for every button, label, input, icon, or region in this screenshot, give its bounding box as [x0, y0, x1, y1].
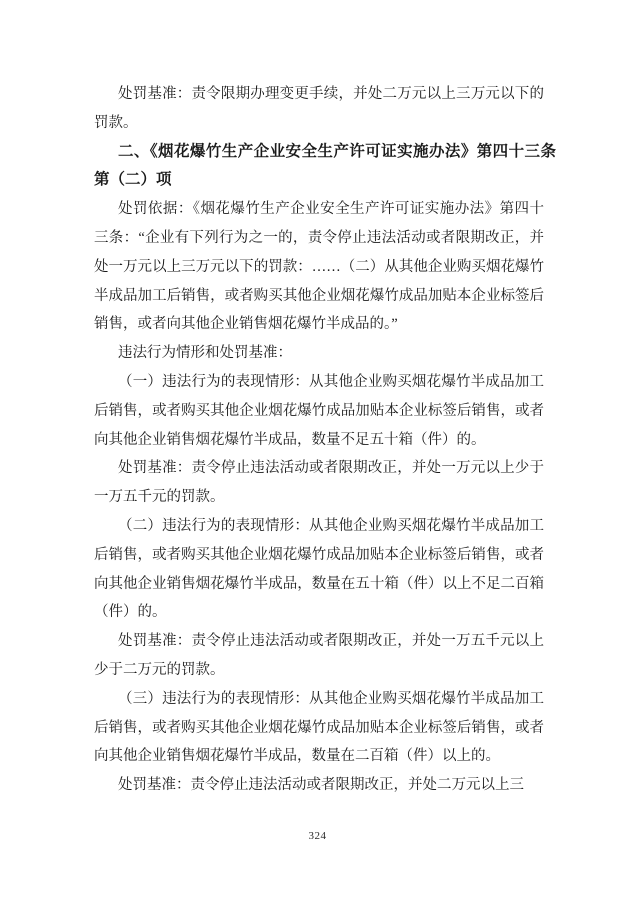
body-paragraph: 处罚基准：责令限期办理变更手续，并处二万元以上三万元以下的罚款。 — [94, 80, 544, 138]
body-paragraph: 违法行为情形和处罚基准： — [94, 339, 544, 368]
body-paragraph: （一）违法行为的表现情形：从其他企业购买烟花爆竹半成品加工后销售，或者购买其他企… — [94, 368, 544, 454]
body-paragraph: 处罚基准：责令停止违法活动或者限期改正，并处一万五千元以上少于二万元的罚款。 — [94, 627, 544, 685]
body-paragraph: （二）违法行为的表现情形：从其他企业购买烟花爆竹半成品加工后销售，或者购买其他企… — [94, 512, 544, 627]
document-body: 处罚基准：责令限期办理变更手续，并处二万元以上三万元以下的罚款。二、《烟花爆竹生… — [94, 80, 544, 800]
section-heading: 二、《烟花爆竹生产企业安全生产许可证实施办法》第四十三条第（二）项 — [94, 138, 556, 196]
body-paragraph: （三）违法行为的表现情形：从其他企业购买烟花爆竹半成品加工后销售，或者购买其他企… — [94, 685, 544, 771]
page-number: 324 — [0, 830, 635, 842]
body-paragraph: 处罚基准：责令停止违法活动或者限期改正，并处二万元以上三 — [94, 771, 544, 800]
document-page: 处罚基准：责令限期办理变更手续，并处二万元以上三万元以下的罚款。二、《烟花爆竹生… — [0, 0, 635, 898]
body-paragraph: 处罚基准：责令停止违法活动或者限期改正，并处一万元以上少于一万五千元的罚款。 — [94, 454, 544, 512]
body-paragraph: 处罚依据：《烟花爆竹生产企业安全生产许可证实施办法》第四十三条：“企业有下列行为… — [94, 195, 544, 339]
